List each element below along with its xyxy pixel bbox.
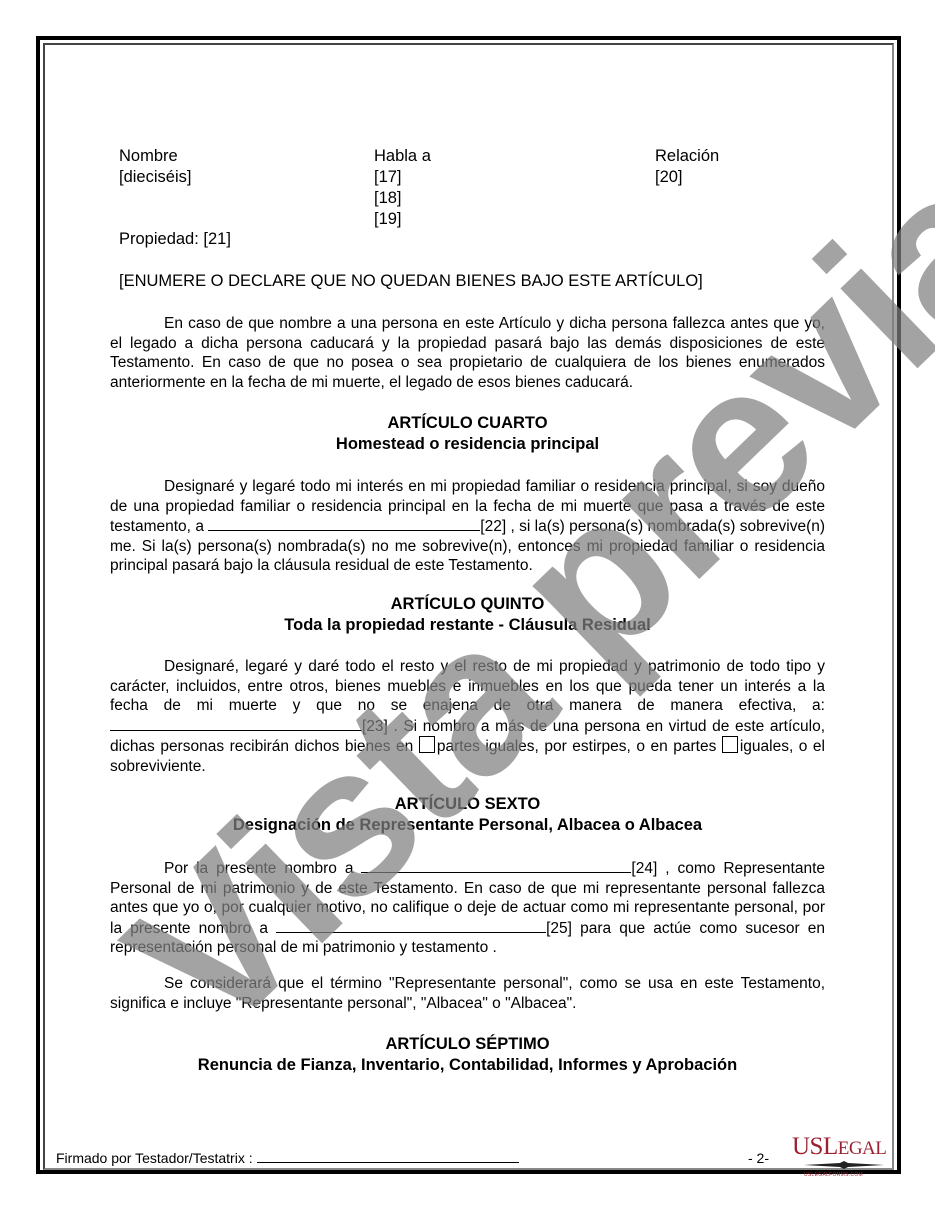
field-label-23: [23]	[362, 718, 388, 735]
blank-field-25[interactable]	[276, 918, 546, 933]
enumerate-instruction: [ENUMERE O DECLARE QUE NO QUEDAN BIENES …	[119, 272, 703, 291]
option-per-stirpes-label: partes iguales, por estirpes, o en parte…	[437, 738, 717, 755]
article-5-subtitle: Toda la propiedad restante - Cláusula Re…	[110, 615, 825, 636]
article-6-title: ARTÍCULO SEXTO	[110, 794, 825, 815]
logo-wordmark: USLEGAL	[792, 1134, 902, 1162]
checkbox-per-stirpes[interactable]	[419, 736, 435, 753]
checkbox-survivor[interactable]	[722, 736, 738, 753]
cell: [20]	[655, 167, 719, 188]
article-7-subtitle: Renuncia de Fianza, Inventario, Contabil…	[110, 1055, 825, 1076]
article-6-paragraph-2: Se considerará que el término "Represent…	[110, 974, 825, 1013]
paragraph-text: Se considerará que el término "Represent…	[110, 975, 825, 1012]
article-4-subtitle: Homestead o residencia principal	[110, 434, 825, 455]
article-5-paragraph: Designaré, legaré y daré todo el resto y…	[110, 657, 825, 777]
cell: [18]	[374, 188, 431, 209]
cell: [dieciséis]	[119, 167, 191, 188]
blank-field-22[interactable]	[208, 516, 480, 531]
paragraph-text: Por la presente nombro a	[164, 860, 353, 877]
article-7-title: ARTÍCULO SÉPTIMO	[110, 1034, 825, 1055]
article-4-title: ARTÍCULO CUARTO	[110, 413, 825, 434]
field-label-22: [22]	[480, 518, 506, 535]
uslegal-logo: USLEGAL USLEGALFORMS.COM	[792, 1134, 902, 1180]
column-relacion: Relación [20]	[655, 146, 719, 188]
article-6-paragraph-1: Por la presente nombro a [24] , como Rep…	[110, 858, 825, 958]
column-nombre: Nombre [dieciséis]	[119, 146, 191, 188]
paragraph-text: Designaré, legaré y daré todo el resto y…	[110, 658, 825, 714]
logo-url: USLEGALFORMS.COM	[804, 1172, 863, 1178]
paragraph-text: En caso de que nombre a una persona en e…	[110, 315, 825, 391]
cell: [17]	[374, 167, 431, 188]
beneficiary-table: Nombre [dieciséis] Habla a [17] [18] [19…	[110, 140, 826, 224]
field-label-24: [24]	[631, 860, 657, 877]
blank-field-23[interactable]	[110, 716, 362, 731]
page-number: - 2-	[748, 1150, 769, 1166]
signed-by-label: Firmado por Testador/Testatrix :	[56, 1150, 253, 1166]
property-line: Propiedad: [21]	[119, 230, 231, 249]
field-label-25: [25]	[546, 920, 572, 937]
eagle-wings-icon	[804, 1161, 884, 1169]
blank-field-24[interactable]	[361, 858, 631, 873]
column-header: Habla a	[374, 146, 431, 167]
article-6-subtitle: Designación de Representante Personal, A…	[110, 815, 825, 836]
signature-footer: Firmado por Testador/Testatrix :	[56, 1150, 519, 1166]
column-header: Relación	[655, 146, 719, 167]
column-header: Nombre	[119, 146, 191, 167]
article-5-title: ARTÍCULO QUINTO	[110, 594, 825, 615]
signature-line[interactable]	[257, 1150, 519, 1163]
cell: [19]	[374, 209, 431, 230]
column-habla-a: Habla a [17] [18] [19]	[374, 146, 431, 230]
article-4-paragraph: Designaré y legaré todo mi interés en mi…	[110, 477, 825, 576]
lapse-paragraph: En caso de que nombre a una persona en e…	[110, 314, 825, 392]
